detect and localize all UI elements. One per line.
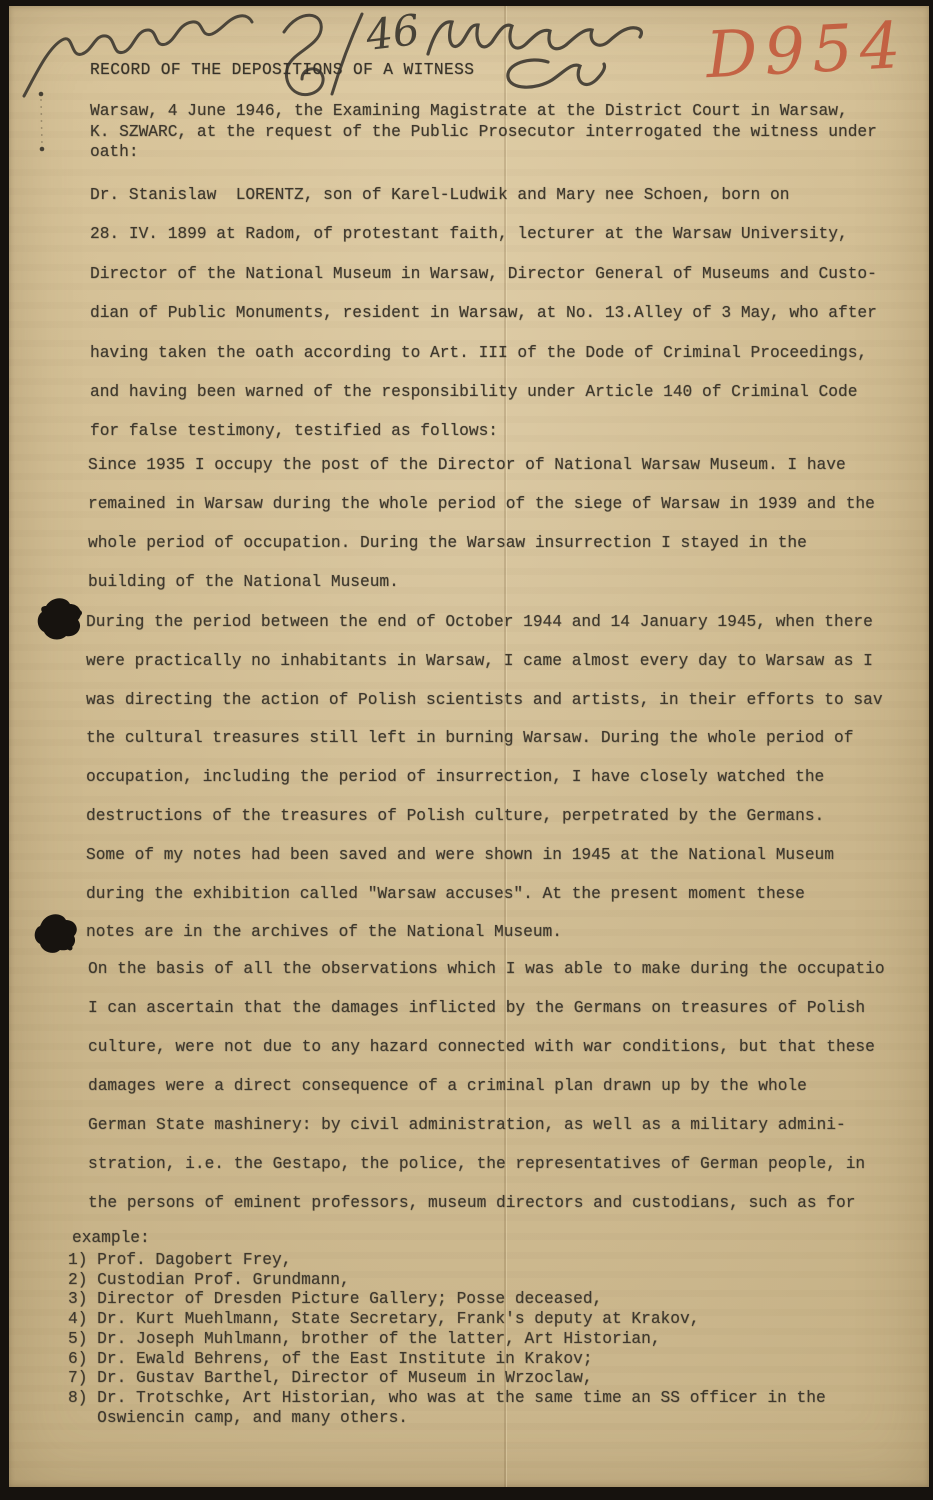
named-persons-list: 1) Prof. Dagobert Frey, 2) Custodian Pro… [68,1251,826,1428]
testimony-rescue-paragraph: During the period between the end of Oct… [86,603,883,952]
document-title: RECORD OF THE DEPOSITIONS OF A WITNESS [90,60,474,80]
red-reference-number: D954 [704,9,909,93]
document-scan: RECORD OF THE DEPOSITIONS OF A WITNESS W… [0,0,933,1500]
witness-description-paragraph: Dr. Stanislaw LORENTZ, son of Karel-Ludw… [90,176,877,452]
handwritten-date-fragment: 46 [363,5,422,60]
testimony-residence-paragraph: Since 1935 I occupy the post of the Dire… [88,446,875,602]
testimony-conclusion-paragraph: On the basis of all the observations whi… [88,950,885,1223]
intro-paragraph: Warsaw, 4 June 1946, the Examining Magis… [90,101,877,163]
example-label: example: [72,1228,150,1248]
